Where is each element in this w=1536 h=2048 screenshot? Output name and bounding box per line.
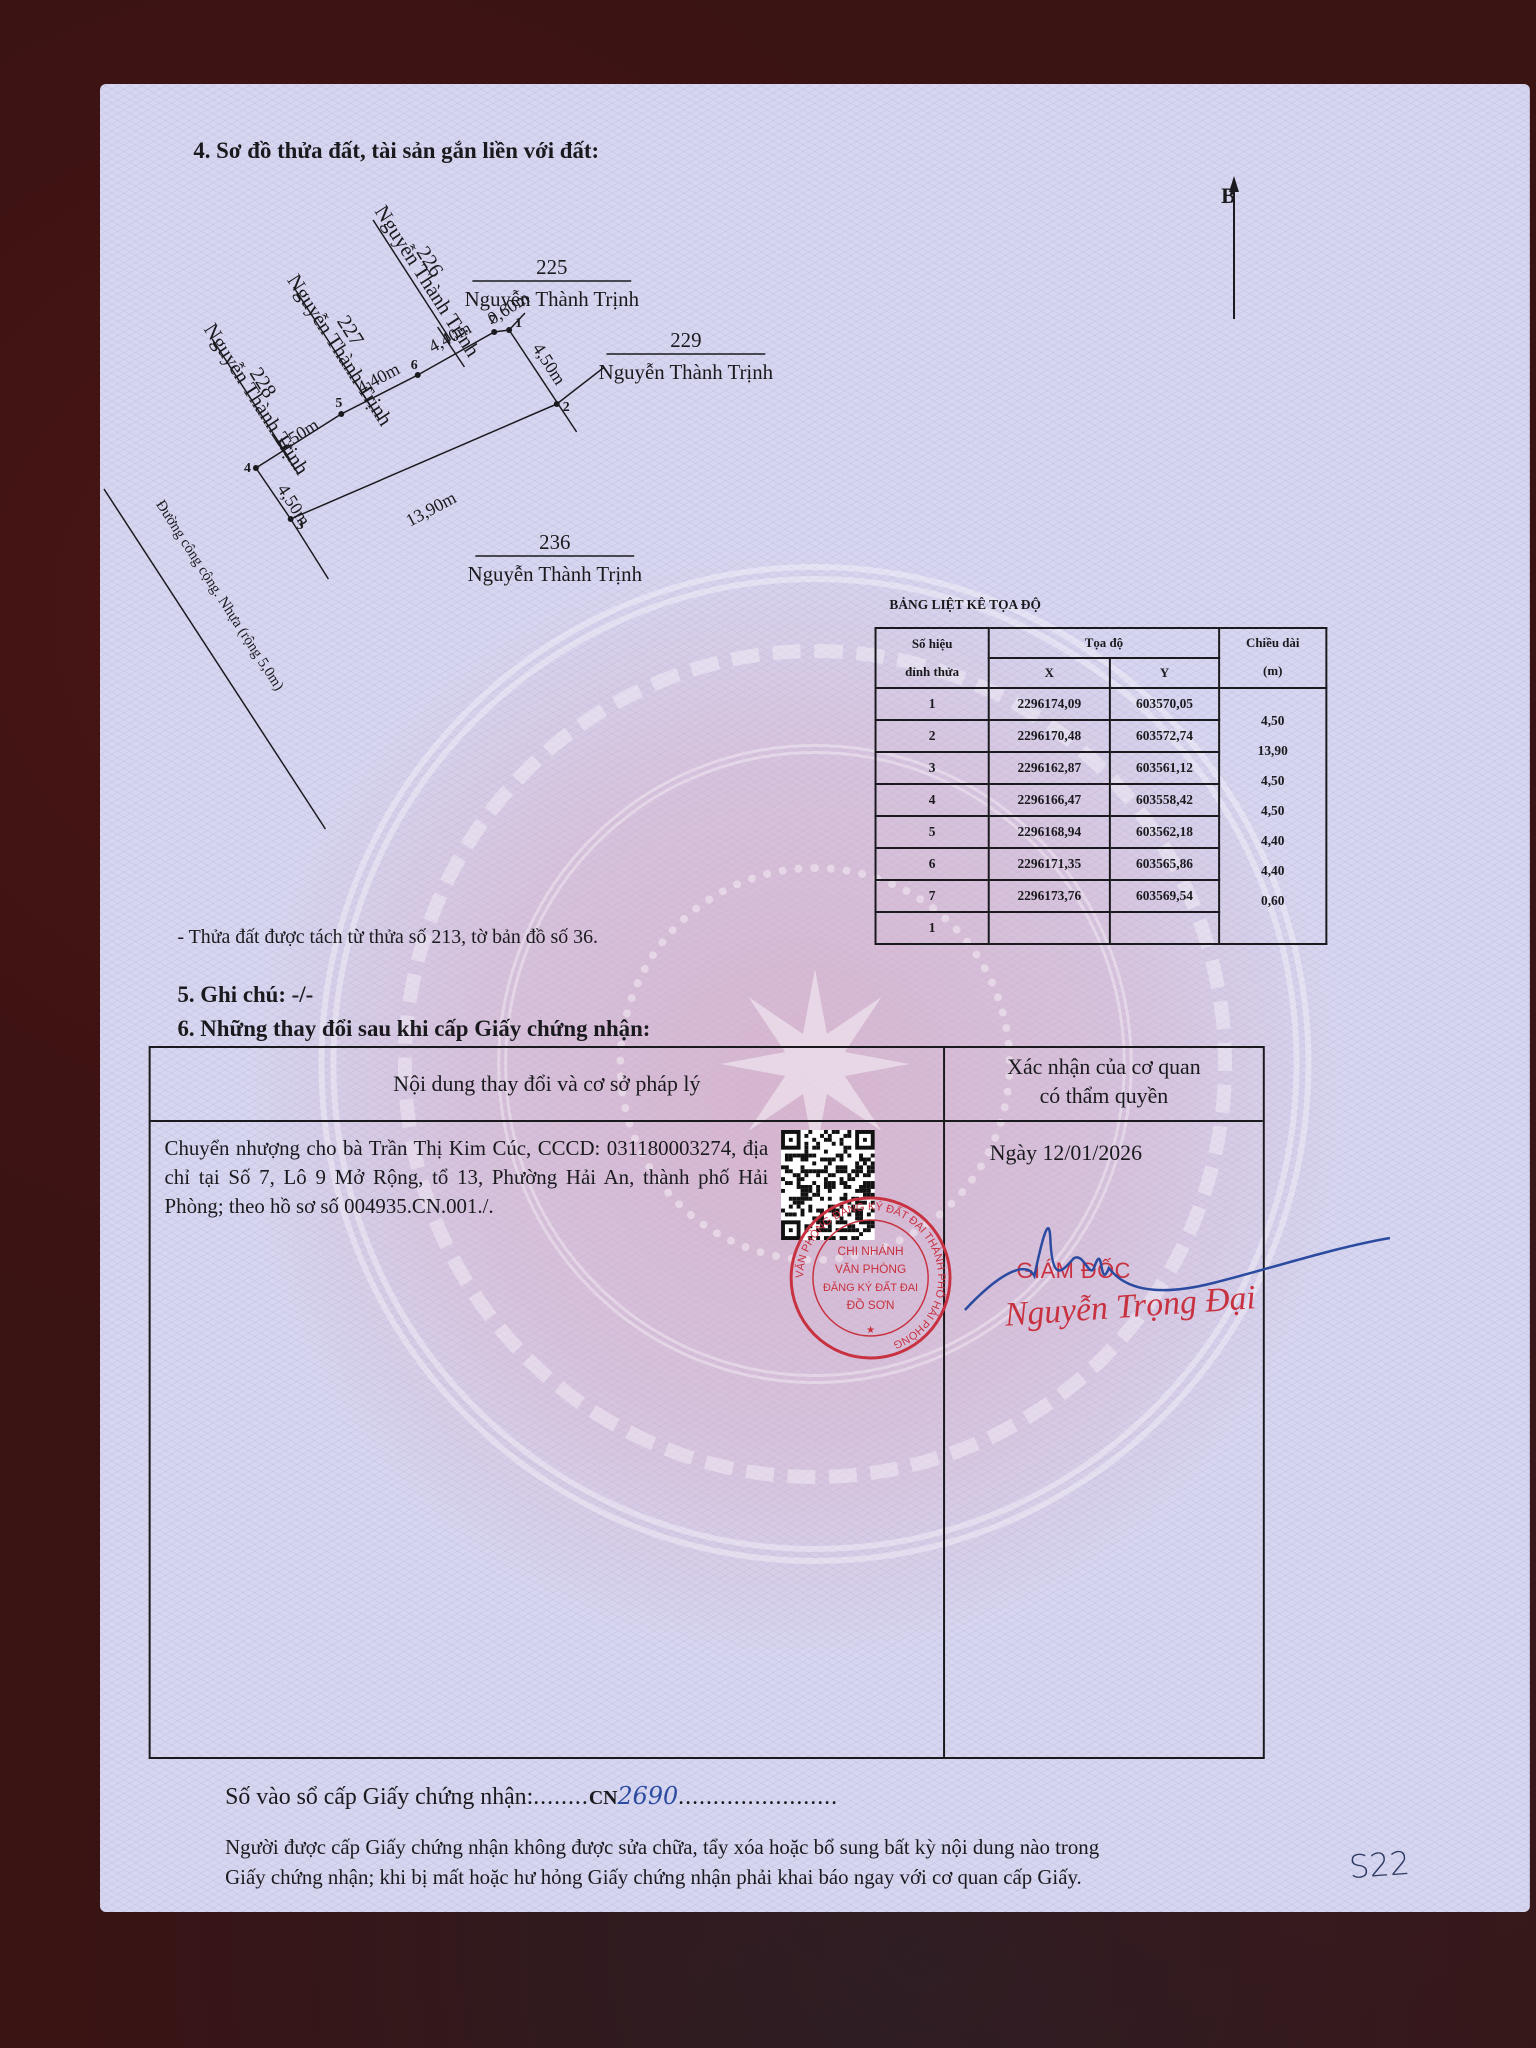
coord-cell-y: 603565,86: [1110, 848, 1219, 880]
coord-cell-x: 2296166,47: [989, 784, 1110, 816]
svg-text:ĐỒ SƠN: ĐỒ SƠN: [847, 1297, 895, 1312]
svg-text:Nguyễn Thành Trịnh: Nguyễn Thành Trịnh: [199, 319, 314, 480]
column-divider: [943, 1048, 945, 1757]
registry-label: Số vào sổ cấp Giấy chứng nhận:: [225, 1784, 533, 1810]
changes-table: Nội dung thay đổi và cơ sở pháp lý Xác n…: [149, 1046, 1265, 1759]
changes-header-content: Nội dung thay đổi và cơ sở pháp lý: [151, 1048, 943, 1120]
coord-table-title: BẢNG LIỆT KÊ TỌA ĐỘ: [889, 597, 1040, 613]
svg-text:4,50m: 4,50m: [529, 339, 570, 388]
parcel-split-note: - Thửa đất được tách từ thửa số 213, tờ …: [177, 926, 598, 949]
svg-text:Đường công cộng. Nhựa (rộng 5,: Đường công cộng. Nhựa (rộng 5,0m): [152, 497, 286, 693]
coord-cell-y: 603572,74: [1110, 720, 1219, 752]
coord-table: Số hiệuđỉnh thửa Tọa độ Chiều dài(m) X Y…: [875, 627, 1328, 945]
coord-row: 12296174,09603570,054,5013,904,504,504,4…: [876, 688, 1327, 720]
coord-cell-y: 603569,54: [1110, 880, 1219, 912]
length-value: 4,50: [1220, 796, 1325, 826]
change-entry-content: Chuyển nhượng cho bà Trần Thị Kim Cúc, C…: [165, 1134, 769, 1221]
header-length: Chiều dài(m): [1219, 628, 1326, 688]
coord-cell-vertex: 6: [876, 848, 989, 880]
svg-text:Nguyễn Thành Trịnh: Nguyễn Thành Trịnh: [599, 360, 774, 384]
signature-icon: [955, 1198, 1392, 1328]
svg-text:5: 5: [335, 396, 342, 411]
length-value: 4,40: [1220, 826, 1325, 856]
coord-cell-y: 603558,42: [1110, 784, 1219, 816]
coord-cell-x: 2296170,48: [989, 720, 1110, 752]
registry-number: 2690: [618, 1782, 679, 1810]
confirmation-date: Ngày 12/01/2026: [990, 1140, 1142, 1166]
section-5-title: 5. Ghi chú: -/-: [177, 982, 313, 1008]
svg-text:VĂN PHÒNG: VĂN PHÒNG: [835, 1261, 906, 1276]
coord-cell-x: 2296171,35: [989, 848, 1110, 880]
neighbor-229: 229 Nguyễn Thành Trịnh: [599, 328, 774, 384]
section-6-title: 6. Những thay đổi sau khi cấp Giấy chứng…: [177, 1016, 650, 1042]
svg-text:4,50m: 4,50m: [273, 480, 314, 529]
header-divider: [151, 1120, 1263, 1122]
header-x: X: [989, 658, 1110, 688]
length-value: 4,50: [1220, 766, 1325, 796]
notice-text: Người được cấp Giấy chứng nhận không đượ…: [225, 1832, 1099, 1892]
length-column: 4,5013,904,504,504,404,400,60: [1219, 688, 1326, 944]
coord-cell-vertex: 5: [876, 816, 989, 848]
registry-line: Số vào sổ cấp Giấy chứng nhận:........CN…: [225, 1782, 838, 1811]
svg-text:1: 1: [515, 316, 522, 331]
coord-cell-y: [1110, 912, 1219, 944]
header-y: Y: [1110, 658, 1219, 688]
neighbor-236: 236 Nguyễn Thành Trịnh: [468, 530, 643, 586]
svg-text:6: 6: [411, 358, 418, 373]
coord-cell-vertex: 2: [876, 720, 989, 752]
changes-header-confirmation: Xác nhận của cơ quan có thẩm quyền: [945, 1052, 1263, 1120]
coord-cell-vertex: 1: [876, 912, 989, 944]
coord-cell-x: 2296162,87: [989, 752, 1110, 784]
svg-text:236: 236: [539, 530, 570, 554]
coord-cell-vertex: 7: [876, 880, 989, 912]
svg-text:★: ★: [866, 1325, 875, 1336]
length-value: 4,50: [1220, 706, 1325, 736]
length-value: 13,90: [1220, 736, 1325, 766]
coord-cell-y: 603562,18: [1110, 816, 1219, 848]
svg-text:13,90m: 13,90m: [402, 487, 459, 530]
svg-text:229: 229: [670, 328, 701, 352]
coord-cell-y: 603561,12: [1110, 752, 1219, 784]
svg-text:4: 4: [244, 461, 251, 476]
coord-cell-x: [989, 912, 1110, 944]
svg-text:2: 2: [563, 400, 570, 415]
header-vertex: Số hiệuđỉnh thửa: [876, 628, 989, 688]
length-value: 0,60: [1220, 886, 1325, 916]
neighbor-225: 225 Nguyễn Thành Trịnh: [465, 255, 640, 311]
svg-text:ĐĂNG KÝ ĐẤT ĐAI: ĐĂNG KÝ ĐẤT ĐAI: [823, 1281, 918, 1294]
official-stamp-icon: VĂN PHÒNG ĐĂNG KÝ ĐẤT ĐAI THÀNH PHỐ HẢI …: [786, 1193, 955, 1363]
length-value: 4,40: [1220, 856, 1325, 886]
coord-cell-vertex: 1: [876, 688, 989, 720]
svg-text:225: 225: [536, 255, 567, 279]
svg-text:Nguyễn Thành Trịnh: Nguyễn Thành Trịnh: [468, 562, 643, 586]
coord-cell-x: 2296174,09: [989, 688, 1110, 720]
header-coords: Tọa độ: [989, 628, 1219, 658]
coord-cell-x: 2296173,76: [989, 880, 1110, 912]
registry-prefix: CN: [589, 1787, 618, 1809]
coord-cell-vertex: 3: [876, 752, 989, 784]
coord-cell-y: 603570,05: [1110, 688, 1219, 720]
coord-cell-vertex: 4: [876, 784, 989, 816]
svg-text:CHI NHÁNH: CHI NHÁNH: [838, 1243, 904, 1258]
coord-cell-x: 2296168,94: [989, 816, 1110, 848]
handwritten-mark: S22: [1348, 1844, 1411, 1886]
north-label: B: [1221, 183, 1236, 209]
certificate-page: 4. Sơ đồ thửa đất, tài sản gắn liền với …: [100, 84, 1530, 1912]
